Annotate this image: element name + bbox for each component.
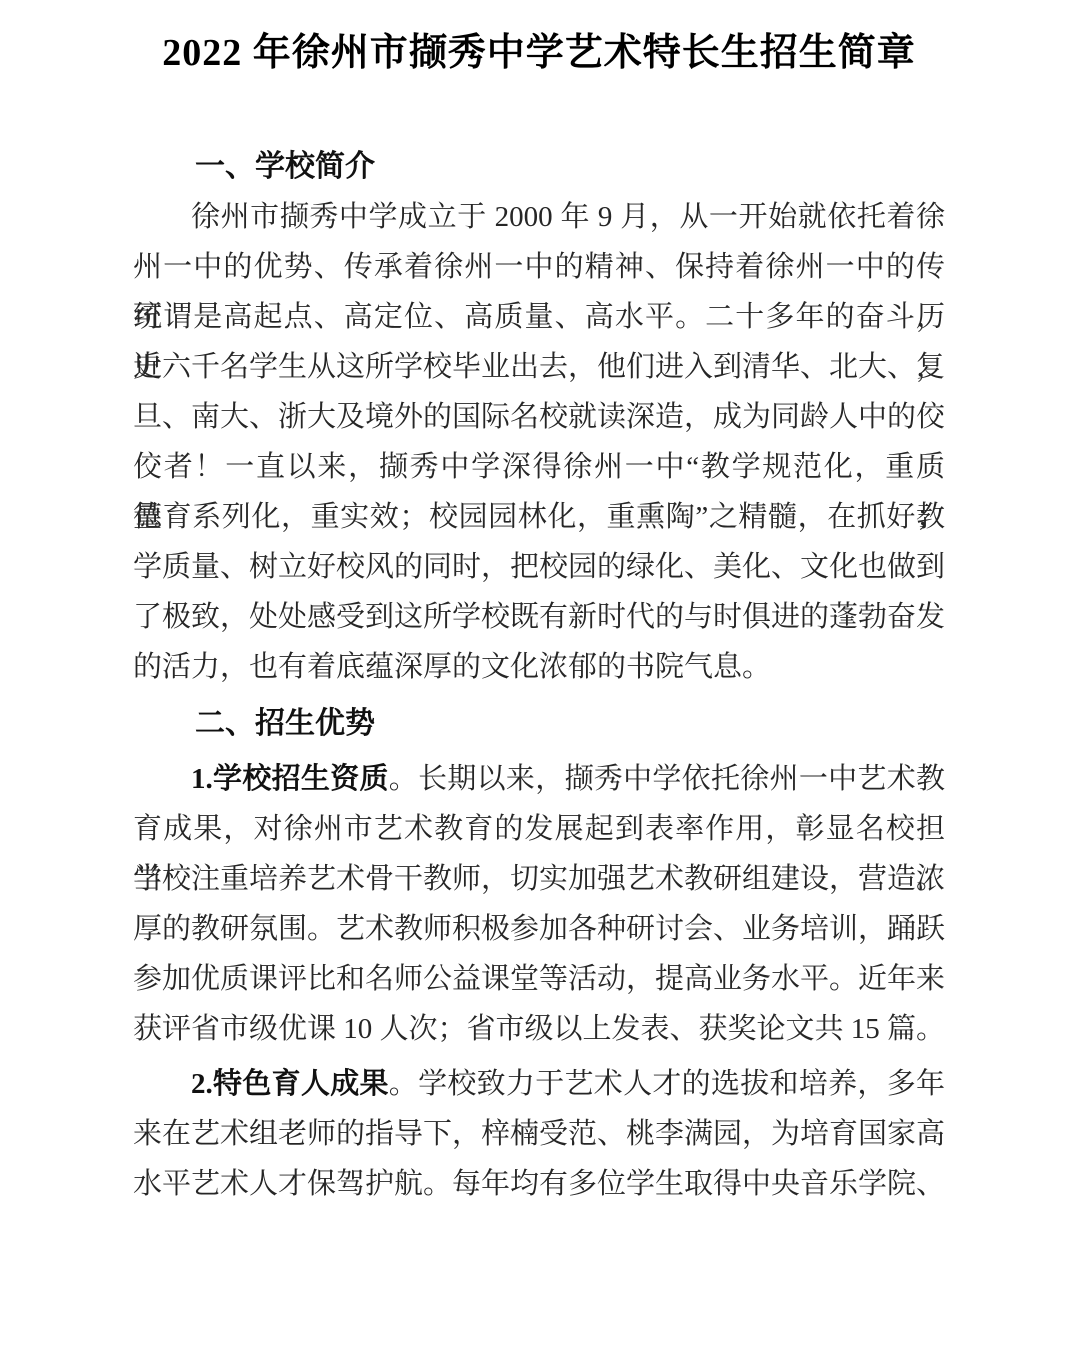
- text-line: 可谓是高起点、高定位、高质量、高水平。二十多年的奋斗历史，: [133, 292, 945, 342]
- text-line: 2.特色育人成果。学校致力于艺术人才的选拔和培养，多年: [133, 1059, 945, 1109]
- text-line: 获评省市级优课 10 人次；省市级以上发表、获奖论文共 15 篇。: [133, 1004, 945, 1054]
- item-2-lead: 2.特色育人成果: [191, 1068, 389, 1100]
- item-1-lead: 1.学校招生资质: [191, 763, 389, 795]
- text-line: 旦、南大、浙大及境外的国际名校就读深造，成为同龄人中的佼: [133, 392, 945, 442]
- text-line: 育成果，对徐州市艺术教育的发展起到表率作用，彰显名校担当。: [133, 804, 945, 854]
- text-line: 学质量、树立好校风的同时，把校园的绿化、美化、文化也做到: [133, 542, 945, 592]
- text-line: 参加优质课评比和名师公益课堂等活动，提高业务水平。近年来: [133, 954, 945, 1004]
- section-1-paragraph: 徐州市撷秀中学成立于 2000 年 9 月，从一开始就依托着徐 州一中的优势、传…: [133, 192, 945, 692]
- section-2-item-2: 2.特色育人成果。学校致力于艺术人才的选拔和培养，多年 来在艺术组老师的指导下，…: [133, 1059, 945, 1209]
- text-line: 的活力，也有着底蕴深厚的文化浓郁的书院气息。: [133, 642, 945, 692]
- item-2-line-1-rest: 。学校致力于艺术人才的选拔和培养，多年: [389, 1068, 945, 1100]
- text-line: 来在艺术组老师的指导下，梓楠受范、桃李满园，为培育国家高: [133, 1109, 945, 1159]
- text-line: 德育系列化，重实效；校园园林化，重熏陶”之精髓，在抓好教: [133, 492, 945, 542]
- text-line: 水平艺术人才保驾护航。每年均有多位学生取得中央音乐学院、: [133, 1159, 945, 1209]
- section-2-heading: 二、招生优势: [133, 699, 945, 749]
- text-line: 了极致，处处感受到这所学校既有新时代的与时俱进的蓬勃奋发: [133, 592, 945, 642]
- text-line: 州一中的优势、传承着徐州一中的精神、保持着徐州一中的传统，: [133, 242, 945, 292]
- section-2-item-1: 1.学校招生资质。长期以来，撷秀中学依托徐州一中艺术教 育成果，对徐州市艺术教育…: [133, 754, 945, 1054]
- section-1-heading: 一、学校简介: [133, 142, 945, 192]
- document-title: 2022 年徐州市撷秀中学艺术特长生招生简章: [133, 26, 945, 80]
- text-line: 厚的教研氛围。艺术教师积极参加各种研讨会、业务培训，踊跃: [133, 904, 945, 954]
- text-line: 佼者！一直以来，撷秀中学深得徐州一中“教学规范化，重质量；: [133, 442, 945, 492]
- text-line: 徐州市撷秀中学成立于 2000 年 9 月，从一开始就依托着徐: [133, 192, 945, 242]
- text-line: 学校注重培养艺术骨干教师，切实加强艺术教研组建设，营造浓: [133, 854, 945, 904]
- document-page: 2022 年徐州市撷秀中学艺术特长生招生简章 一、学校简介 徐州市撷秀中学成立于…: [0, 0, 1080, 1370]
- item-1-line-1-rest: 。长期以来，撷秀中学依托徐州一中艺术教: [389, 763, 945, 795]
- text-line: 近六千名学生从这所学校毕业出去，他们进入到清华、北大、复: [133, 342, 945, 392]
- text-line: 1.学校招生资质。长期以来，撷秀中学依托徐州一中艺术教: [133, 754, 945, 804]
